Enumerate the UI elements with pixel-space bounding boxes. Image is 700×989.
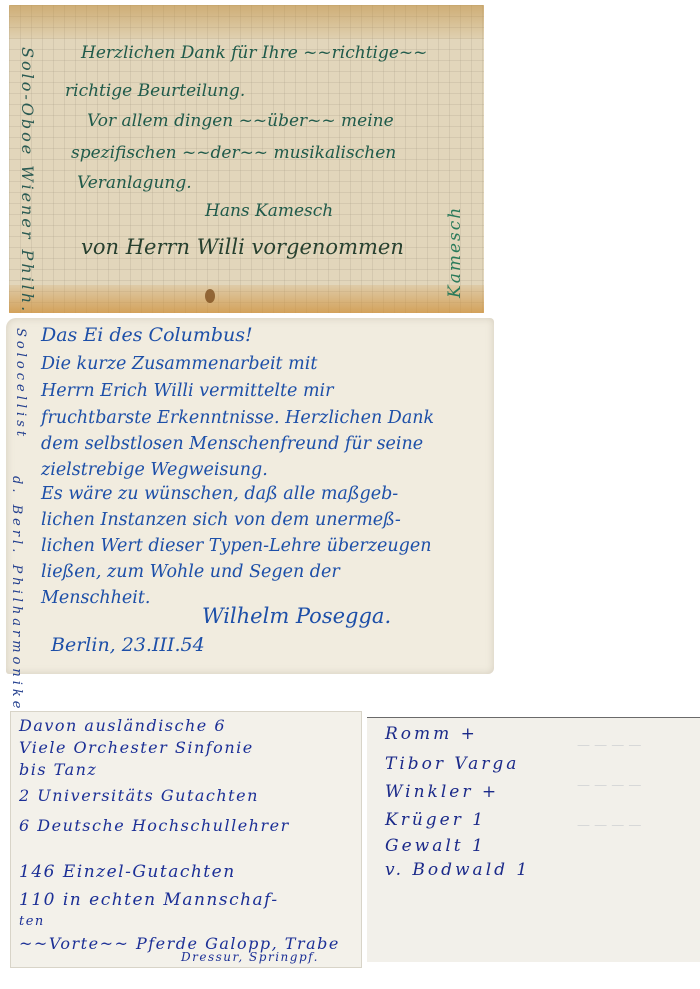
handwritten-line: Herrn Erich Willi vermittelte mir bbox=[41, 381, 334, 401]
handwritten-line: lichen Instanzen sich von dem unermeß- bbox=[41, 510, 401, 530]
bleed-through-text: — — — — bbox=[577, 738, 641, 753]
handwritten-line: fruchtbarste Erkenntnisse. Herzlichen Da… bbox=[41, 408, 434, 428]
name-item: Krüger 1 bbox=[385, 810, 486, 830]
handwritten-title: Das Ei des Columbus! bbox=[41, 324, 253, 346]
card-names-list: — — — — — — — — — — — — Romm + Tibor Var… bbox=[367, 717, 700, 962]
margin-note-left: Solo-Oboe Wiener Philh. bbox=[18, 47, 37, 314]
handwritten-line: Die kurze Zusammenarbeit mit bbox=[41, 354, 317, 374]
handwritten-line: lichen Wert dieser Typen-Lehre überzeuge… bbox=[41, 536, 431, 556]
name-item: Winkler + bbox=[385, 782, 499, 802]
handwritten-line: bis Tanz bbox=[19, 760, 97, 779]
handwritten-line: 6 Deutsche Hochschullehrer bbox=[19, 816, 290, 835]
signature: Wilhelm Posegga. bbox=[202, 604, 391, 628]
margin-note-left: Solocellist bbox=[13, 328, 28, 440]
name-item: v. Bodwald 1 bbox=[385, 860, 530, 880]
margin-note-right: Kamesch bbox=[445, 206, 465, 298]
handwritten-line: Vor allem dingen ~~über~~ meine bbox=[87, 111, 394, 131]
handwritten-line: von Herrn Willi vorgenommen bbox=[81, 235, 404, 259]
name-item: Gewalt 1 bbox=[385, 836, 486, 856]
bleed-through-text: — — — — bbox=[577, 818, 641, 833]
handwritten-line: Viele Orchester Sinfonie bbox=[19, 738, 254, 757]
paper-stain bbox=[9, 5, 484, 39]
card-posegga-note: Solocellist d. Berl. Philharmoniker Das … bbox=[6, 318, 494, 674]
handwritten-line: zielstrebige Wegweisung. bbox=[41, 460, 268, 480]
margin-note-left: d. Berl. Philharmoniker bbox=[9, 476, 24, 723]
handwritten-line: Menschheit. bbox=[41, 588, 150, 608]
handwritten-line: 2 Universitäts Gutachten bbox=[19, 786, 259, 805]
card-statistics-note: Davon ausländische 6 Viele Orchester Sin… bbox=[10, 711, 362, 968]
handwritten-line: Es wäre zu wünschen, daß alle maßgeb- bbox=[41, 484, 398, 504]
card-kamesch-note: Solo-Oboe Wiener Philh. Herzlichen Dank … bbox=[9, 5, 484, 313]
handwritten-line: 110 in echten Mannschaf- bbox=[19, 890, 279, 910]
bleed-through-text: — — — — bbox=[577, 778, 641, 793]
handwritten-line: ten bbox=[19, 914, 45, 929]
signature: Hans Kamesch bbox=[205, 201, 333, 221]
handwritten-line: richtige Beurteilung. bbox=[65, 81, 245, 101]
handwritten-line: dem selbstlosen Menschenfreund für seine bbox=[41, 434, 423, 454]
name-item: Romm + bbox=[385, 724, 478, 744]
place-date: Berlin, 23.III.54 bbox=[51, 634, 205, 656]
handwritten-line: Dressur, Springpf. bbox=[181, 950, 319, 964]
handwritten-line: Herzlichen Dank für Ihre ~~richtige~~ bbox=[81, 43, 427, 63]
handwritten-line: 146 Einzel-Gutachten bbox=[19, 862, 236, 882]
paper-stain-spot bbox=[205, 289, 215, 303]
handwritten-line: ließen, zum Wohle und Segen der bbox=[41, 562, 340, 582]
handwritten-line: spezifischen ~~der~~ musikalischen bbox=[71, 143, 396, 163]
paper-stain bbox=[9, 285, 484, 313]
handwritten-line: Davon ausländische 6 bbox=[19, 716, 226, 735]
name-item: Tibor Varga bbox=[385, 754, 519, 774]
handwritten-line: Veranlagung. bbox=[77, 173, 192, 193]
